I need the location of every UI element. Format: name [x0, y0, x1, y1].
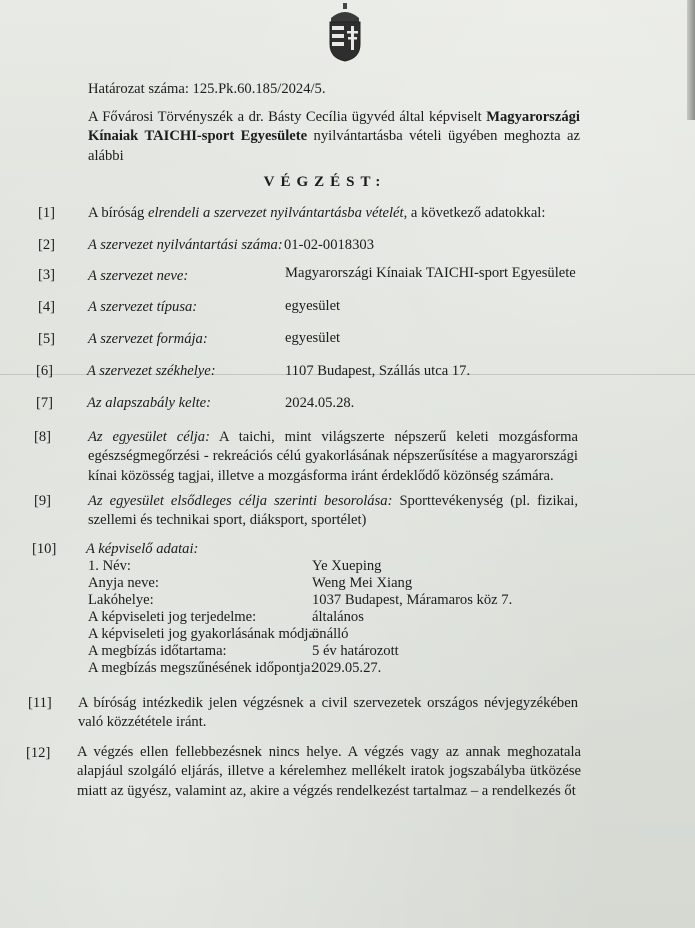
organization-type-value: egyesület	[285, 297, 340, 316]
intro-text-1: A Fővárosi Törvényszék a dr. Básty Cecíl…	[88, 109, 486, 125]
association-purpose: Az egyesület célja: A taichi, mint világ…	[88, 428, 578, 486]
representative-row: Lakóhelye:1037 Budapest, Máramaros köz 7…	[88, 592, 154, 609]
page-edge-shadow	[687, 0, 695, 120]
rep-value: általános	[312, 609, 364, 626]
classification-label: Az egyesület elsődleges célja szerinti b…	[88, 493, 392, 509]
decision-number: Határozat száma: 125.Pk.60.185/2024/5.	[88, 80, 326, 99]
item-number: [11]	[28, 694, 52, 713]
item-1-italic: elrendeli a szervezet nyilvántartásba vé…	[148, 205, 404, 221]
rep-key: A képviseleti jog gyakorlásának módja:	[88, 626, 319, 642]
representative-row: 1. Név:Ye Xueping	[88, 558, 131, 575]
representative-row: Anyja neve:Weng Mei Xiang	[88, 575, 159, 592]
registration-number-label: A szervezet nyilvántartási száma:	[88, 236, 283, 255]
association-classification: Az egyesület elsődleges célja szerinti b…	[88, 492, 578, 531]
representative-row: A megbízás időtartama:5 év határozott	[88, 643, 227, 660]
representative-heading: A képviselő adatai:	[86, 540, 198, 559]
intro-paragraph: A Fővárosi Törvényszék a dr. Básty Cecíl…	[88, 108, 580, 166]
rep-key: A megbízás időtartama:	[88, 643, 227, 659]
organization-name-value: Magyarországi Kínaiak TAICHI-sport Egyes…	[285, 264, 576, 283]
rep-value: 2029.05.27.	[312, 660, 381, 677]
organization-form-value: egyesület	[285, 329, 340, 348]
item-number: [5]	[38, 330, 55, 349]
association-purpose-label: Az egyesület célja:	[88, 429, 210, 445]
statute-date-label: Az alapszabály kelte:	[87, 394, 211, 413]
item-number: [7]	[36, 394, 53, 413]
headquarters-value: 1107 Budapest, Szállás utca 17.	[285, 362, 470, 381]
organization-name-label: A szervezet neve:	[88, 267, 188, 286]
rep-value: 1037 Budapest, Máramaros köz 7.	[312, 592, 512, 609]
statute-date-value: 2024.05.28.	[285, 394, 354, 413]
rep-value: Weng Mei Xiang	[312, 575, 412, 592]
item-number: [9]	[34, 492, 51, 511]
item-number: [12]	[26, 744, 50, 763]
rep-value: önálló	[312, 626, 348, 643]
item-number: [10]	[32, 540, 56, 559]
rep-key: A képviseleti jog terjedelme:	[88, 609, 256, 625]
organization-type-label: A szervezet típusa:	[88, 298, 197, 317]
item-number: [1]	[38, 204, 55, 223]
item-number: [3]	[38, 266, 55, 285]
representative-row: A képviseleti jog gyakorlásának módja:ön…	[88, 626, 319, 643]
rep-key: Lakóhelye:	[88, 592, 154, 608]
rep-key: 1. Név:	[88, 558, 131, 574]
appeal-paragraph: A végzés ellen fellebbezésnek nincs hely…	[77, 743, 581, 801]
item-1-pre: A bíróság	[88, 205, 148, 221]
representative-row: A megbízás megszűnésének időpontja:2029.…	[88, 660, 315, 677]
representative-row: A képviseleti jog terjedelme:általános	[88, 609, 256, 626]
organization-form-label: A szervezet formája:	[88, 330, 208, 349]
rep-key: A megbízás megszűnésének időpontja:	[88, 660, 315, 676]
rep-value: 5 év határozott	[312, 643, 399, 660]
publication-paragraph: A bíróság intézkedik jelen végzésnek a c…	[78, 694, 578, 733]
document-title: VÉGZÉST:	[0, 174, 650, 191]
item-number: [2]	[38, 236, 55, 255]
item-1-text: A bíróság elrendeli a szervezet nyilvánt…	[88, 204, 545, 223]
item-number: [8]	[34, 428, 51, 447]
item-1-post: , a következő adatokkal:	[404, 205, 546, 221]
headquarters-label: A szervezet székhelye:	[87, 362, 216, 381]
rep-key: Anyja neve:	[88, 575, 159, 591]
registration-number-value: 01-02-0018303	[284, 236, 374, 255]
item-number: [4]	[38, 298, 55, 317]
hungarian-coat-of-arms-icon	[326, 2, 364, 62]
rep-value: Ye Xueping	[312, 558, 381, 575]
item-number: [6]	[36, 362, 53, 381]
